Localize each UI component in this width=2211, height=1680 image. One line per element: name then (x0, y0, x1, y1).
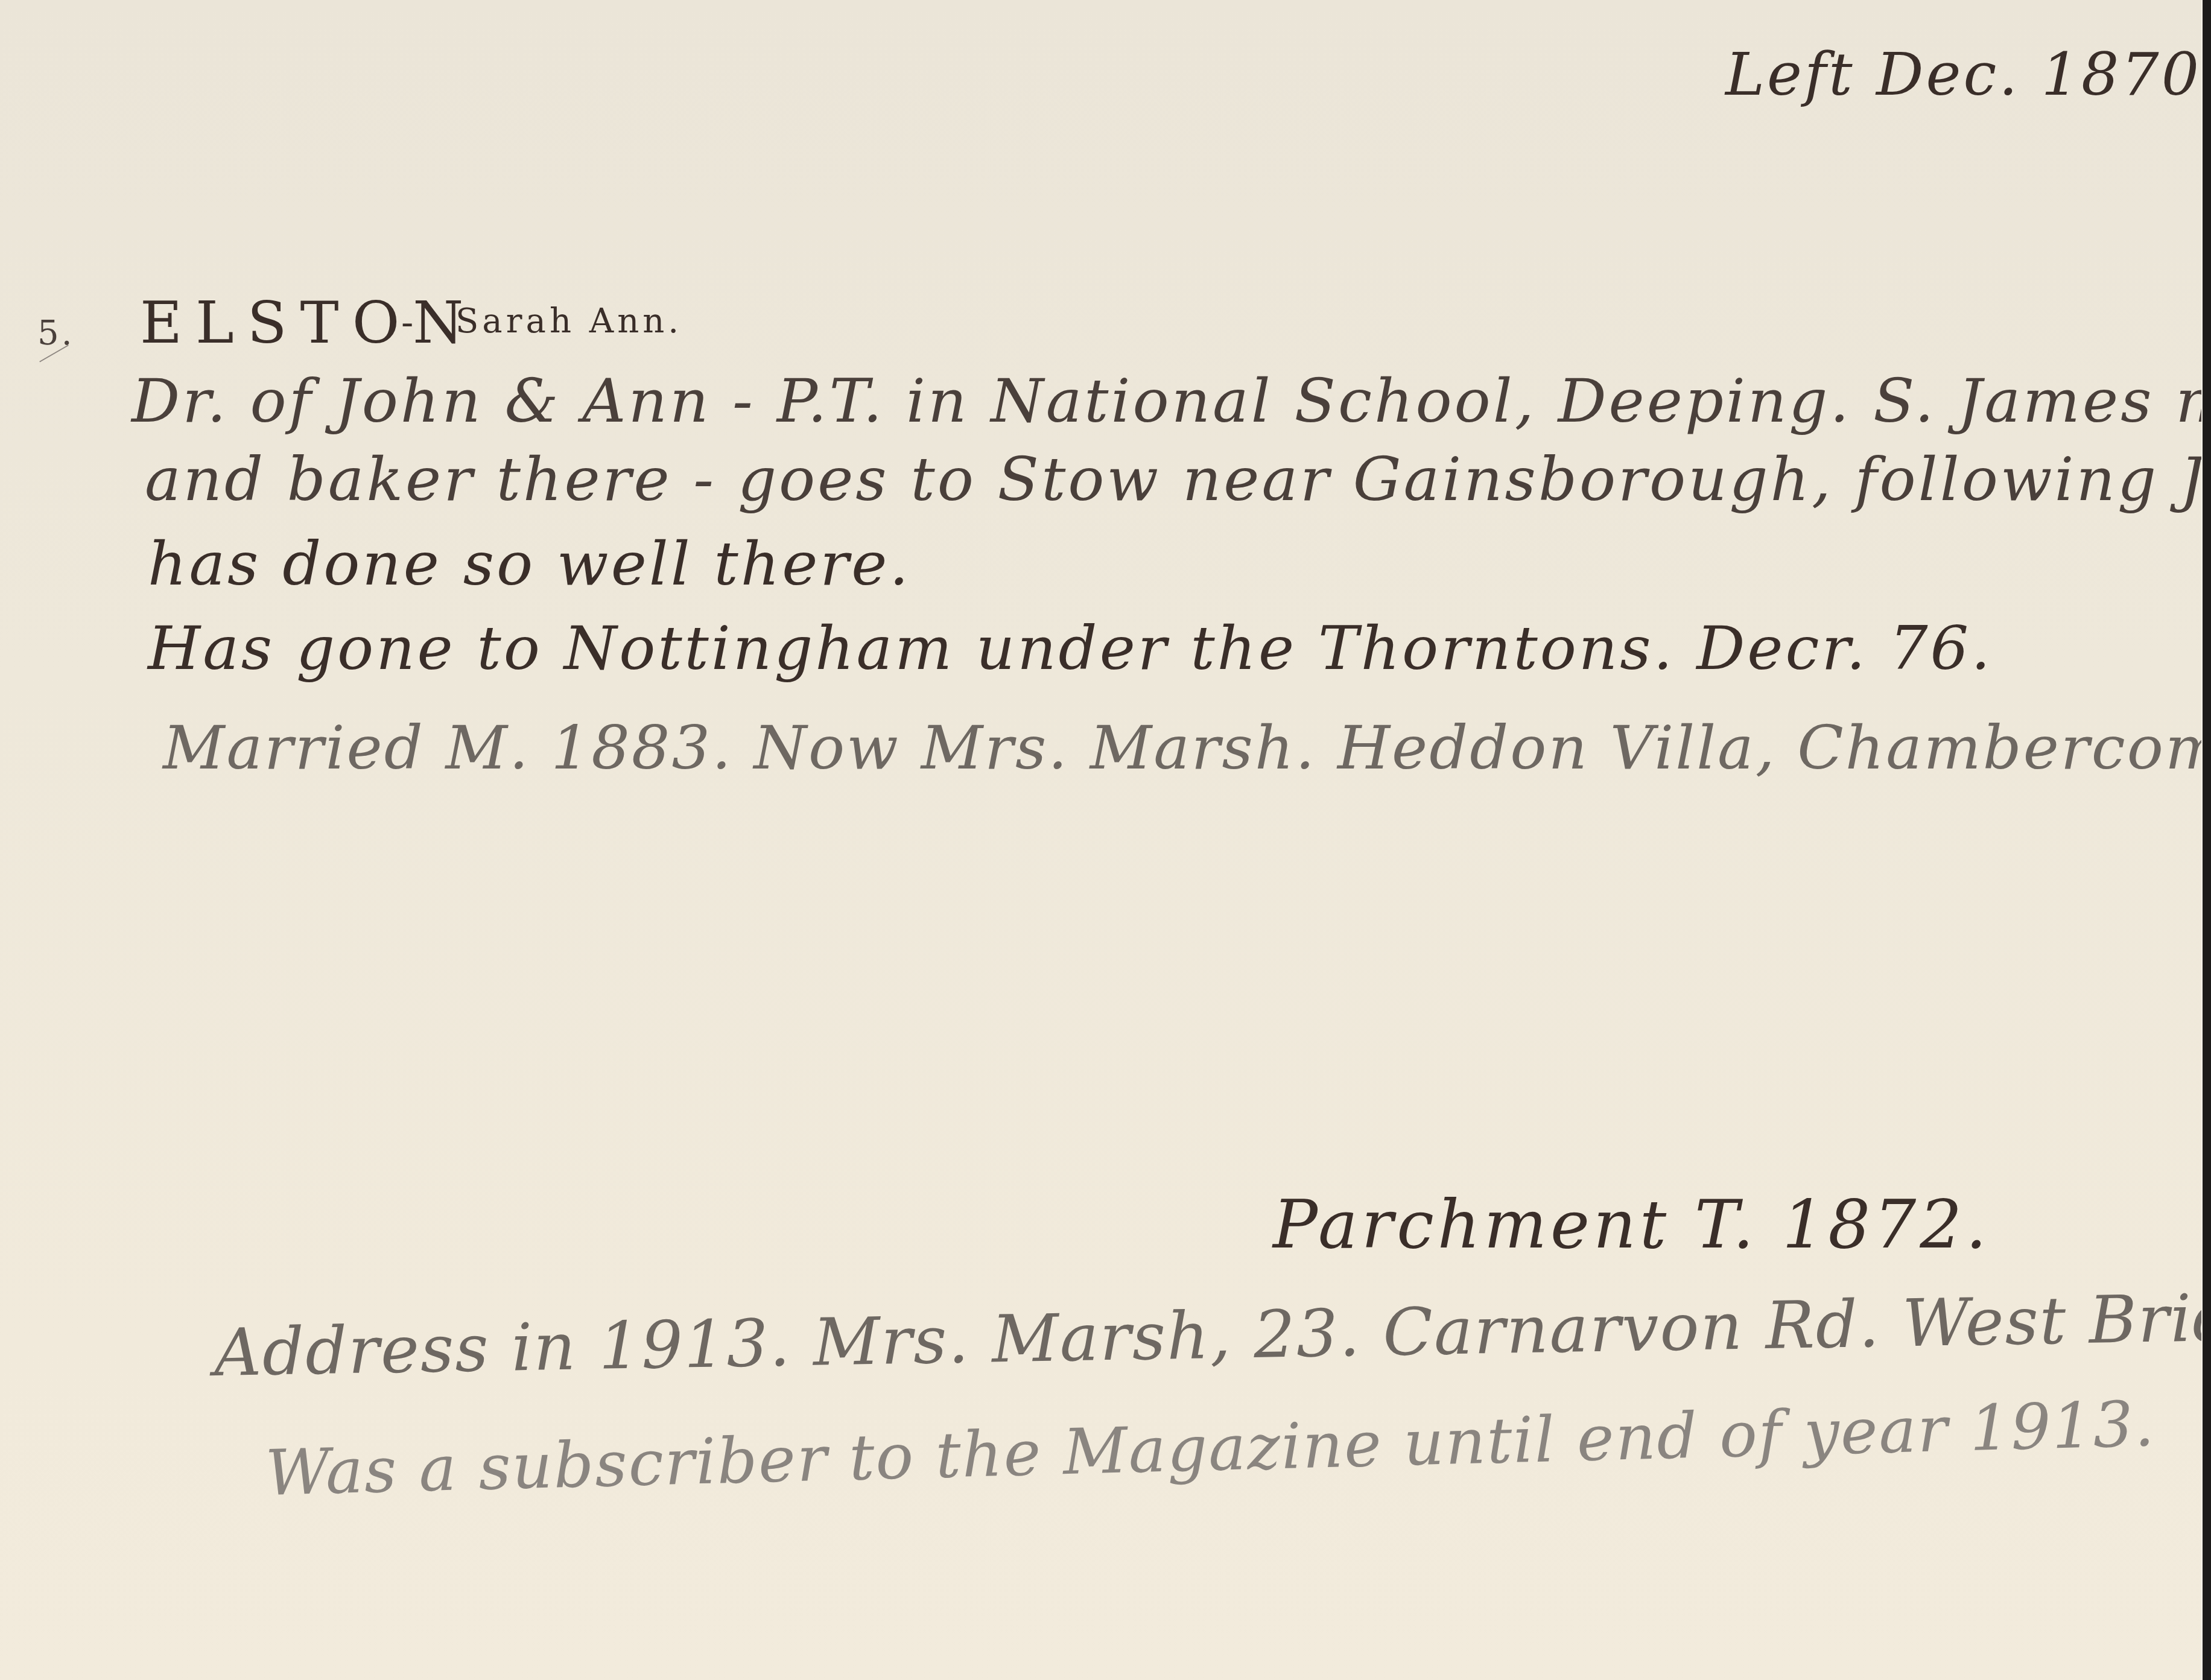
entry-line-nottingham: Has gone to Nottingham under the Thornto… (148, 618, 1993, 679)
left-date-note: Left Dec. 1870. (1725, 45, 2211, 104)
parchment-note: Parchment T. 1872. (1273, 1191, 1990, 1258)
entry-forename: Sarah Ann. (455, 305, 682, 338)
entry-line-father-occupation: and baker there - goes to Stow near Gain… (145, 449, 2211, 510)
name-separator: - (401, 305, 416, 341)
entry-surname: ELSTON (140, 294, 477, 352)
entry-line-parentage: Dr. of John & Ann - P.T. in National Sch… (132, 371, 2211, 431)
entry-number: 5. (37, 317, 74, 350)
subscriber-note: Was a subscriber to the Magazine until e… (265, 1392, 2156, 1504)
book-binding-edge (2201, 0, 2211, 1680)
register-page: Left Dec. 1870. 5. ELSTON - Sarah Ann. D… (0, 0, 2211, 1680)
entry-line-done-well: has done so well there. (148, 534, 911, 594)
address-1913-note: Address in 1913. Mrs. Marsh, 23. Carnarv… (214, 1274, 2211, 1386)
entry-line-married: Married M. 1883. Now Mrs. Marsh. Heddon … (163, 718, 2211, 778)
